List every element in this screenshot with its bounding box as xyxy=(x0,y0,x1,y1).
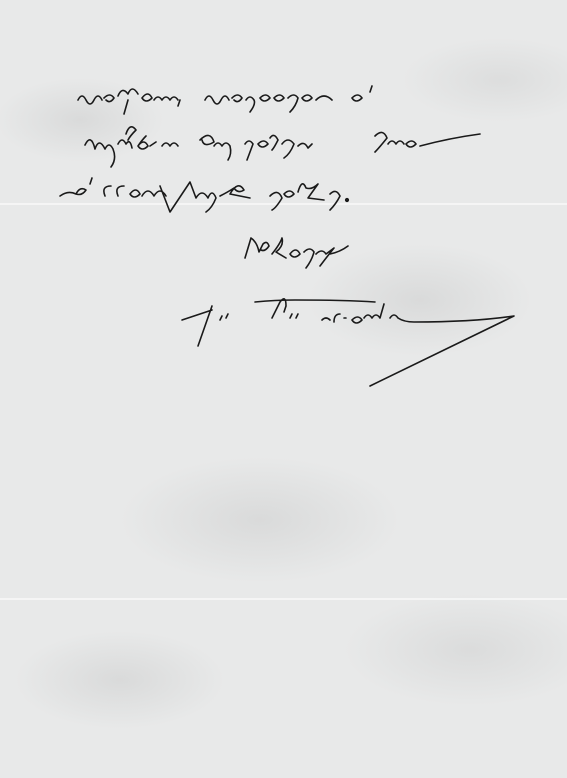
handwriting-ink xyxy=(0,0,567,778)
closing-word xyxy=(245,238,348,268)
body-line-1 xyxy=(78,86,372,114)
body-line-3 xyxy=(60,178,348,212)
body-line-2 xyxy=(85,127,480,167)
signature xyxy=(182,299,514,386)
letter-page: [handwritten line 1 – illegible cursive … xyxy=(0,0,567,778)
